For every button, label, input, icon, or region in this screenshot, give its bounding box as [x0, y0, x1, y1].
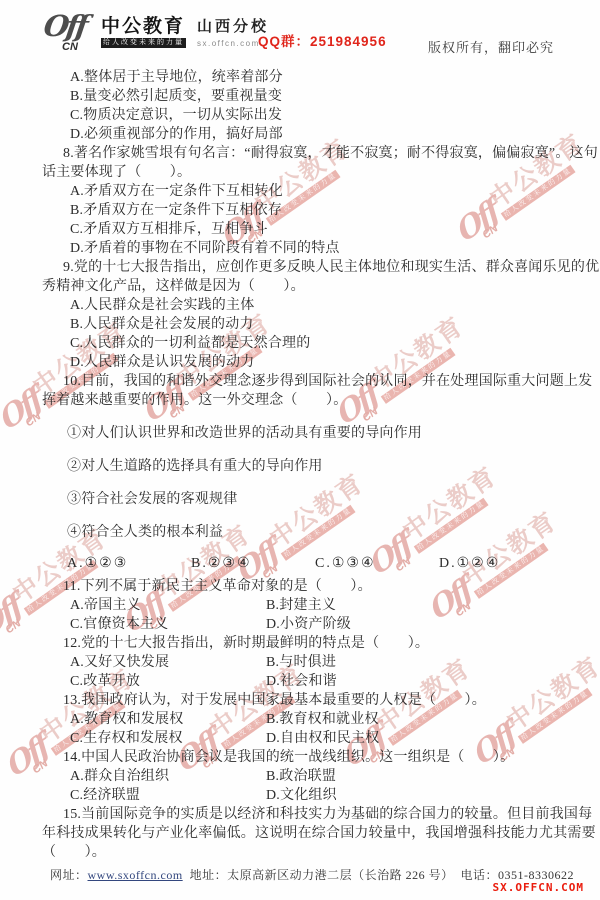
statement-item: ④符合全人类的根本利益: [42, 523, 566, 542]
offcn-logo-icon: Off CN: [46, 15, 98, 53]
answer-option: B.政治联盟: [266, 767, 336, 786]
answer-option: B.②③④: [191, 554, 315, 573]
question-text-continued: 秀精神文化产品，这样做是因为（ ）。: [42, 277, 566, 296]
answer-option: D.①②④: [439, 554, 500, 573]
question-text-continued: （ ）。: [42, 843, 566, 862]
footer-site-red: SX.OFFCN.COM: [493, 881, 584, 894]
question-text: 8.著名作家姚雪垠有句名言：“耐得寂寞，才能不寂寞；耐不得寂寞，偏偏寂寞”。这句: [42, 144, 566, 163]
answer-option: D.小资产阶级: [266, 615, 351, 634]
answer-option: D.必须重视部分的作用，搞好局部: [42, 125, 566, 144]
answer-combination-row: A.①②③B.②③④C.①③④D.①②④: [42, 554, 566, 573]
answer-option: A.矛盾双方在一定条件下互相转化: [42, 182, 566, 201]
option-row: A.帝国主义B.封建主义: [42, 596, 566, 615]
logo-cn-text: CN: [62, 41, 78, 53]
copyright-notice: 版权所有，翻印必究: [428, 37, 554, 56]
answer-option: B.封建主义: [266, 596, 336, 615]
answer-option: B.人民群众是社会发展的动力: [42, 315, 566, 334]
answer-option: A.又好又快发展: [70, 653, 266, 672]
question-text: 12.党的十七大报告指出，新时期最鲜明的特点是（ ）。: [42, 634, 566, 653]
option-row: A.群众自治组织B.政治联盟: [42, 767, 566, 786]
answer-option: D.人民群众是认识发展的动力: [42, 353, 566, 372]
option-row: A.又好又快发展B.与时俱进: [42, 653, 566, 672]
option-row: C.官僚资本主义D.小资产阶级: [42, 615, 566, 634]
brand-slogan: 给人改变未来的力量: [101, 38, 186, 48]
footer-web-label: 网址：: [50, 868, 88, 882]
answer-option: D.自由权和民主权: [266, 729, 379, 748]
answer-option: C.官僚资本主义: [70, 615, 266, 634]
answer-option: C.矛盾双方互相排斥，互相争斗: [42, 220, 566, 239]
question-text-continued: 挥着越来越重要的作用。这一外交理念（ ）。: [42, 391, 566, 410]
answer-option: D.文化组织: [266, 786, 337, 805]
answer-option: B.量变必然引起质变，要重视量变: [42, 87, 566, 106]
answer-option: A.教育权和发展权: [70, 710, 266, 729]
answer-option: C.物质决定意识，一切从实际出发: [42, 106, 566, 125]
option-row: C.改革开放D.社会和谐: [42, 672, 566, 691]
answer-option: C.①③④: [315, 554, 439, 573]
statement-item: ③符合社会发展的客观规律: [42, 490, 566, 509]
answer-option: C.经济联盟: [70, 786, 266, 805]
answer-option: B.教育权和就业权: [266, 710, 379, 729]
page-header: Off CN 中公教育 给人改变未来的力量 山西分校 sx.offcn.com …: [0, 0, 600, 62]
option-row: A.教育权和发展权B.教育权和就业权: [42, 710, 566, 729]
question-text: 13.我国政府认为，对于发展中国家最基本最重要的人权是（ ）。: [42, 691, 566, 710]
brand-name: 中公教育: [101, 17, 186, 37]
option-row: C.经济联盟D.文化组织: [42, 786, 566, 805]
answer-option: C.改革开放: [70, 672, 266, 691]
statement-item: ①对人们认识世界和改造世界的活动具有重要的导向作用: [42, 424, 566, 443]
answer-option: C.生存权和发展权: [70, 729, 266, 748]
answer-option: D.矛盾着的事物在不同阶段有着不同的特点: [42, 239, 566, 258]
logo-script-text: Off: [42, 9, 88, 43]
answer-option: A.整体居于主导地位，统率着部分: [42, 68, 566, 87]
answer-option: B.矛盾双方在一定条件下互相依存: [42, 201, 566, 220]
question-list: A.整体居于主导地位，统率着部分B.量变必然引起质变，要重视量变C.物质决定意识…: [42, 68, 566, 862]
answer-option: A.群众自治组织: [70, 767, 266, 786]
document-page: OffCN中公教育给人改变未来的力量OffCN中公教育给人改变未来的力量OffC…: [0, 0, 600, 900]
footer-address: 地址：太原高新区动力港二层（长治路 226 号）: [190, 866, 454, 883]
question-text: 14.中国人民政治协商会议是我国的统一战线组织。这一组织是（ ）。: [42, 748, 566, 767]
answer-option: C.人民群众的一切利益都是天然合理的: [42, 334, 566, 353]
answer-option: A.①②③: [67, 554, 191, 573]
answer-option: A.帝国主义: [70, 596, 266, 615]
brand-block: 中公教育 给人改变未来的力量: [101, 17, 186, 48]
question-text: 15.当前国际竞争的实质是以经济和科技实力为基础的综合国力的较量。但目前我国每: [42, 805, 566, 824]
footer-web: 网址：www.sxoffcn.com: [50, 866, 183, 883]
answer-option: B.与时俱进: [266, 653, 336, 672]
statement-item: ②对人生道路的选择具有重大的导向作用: [42, 457, 566, 476]
question-text: 11.下列不属于新民主主义革命对象的是（ ）。: [42, 577, 566, 596]
question-text: 10.目前，我国的和谐外交理念逐步得到国际社会的认同，并在处理国际重大问题上发: [42, 372, 566, 391]
website-link[interactable]: www.sxoffcn.com: [88, 868, 183, 882]
question-text-continued: 话主要体现了（ ）。: [42, 163, 566, 182]
question-text-continued: 年科技成果转化与产业化率偏低。这说明在综合国力较量中，我国增强科技能力尤其需要: [42, 824, 566, 843]
answer-option: A.人民群众是社会实践的主体: [42, 296, 566, 315]
offcn-logo: Off CN 中公教育 给人改变未来的力量 山西分校 sx.offcn.com: [46, 15, 269, 53]
qq-group-label: QQ群：251984956: [258, 30, 387, 50]
option-row: C.生存权和发展权D.自由权和民主权: [42, 729, 566, 748]
answer-option: D.社会和谐: [266, 672, 337, 691]
question-text: 9.党的十七大报告指出，应创作更多反映人民主体地位和现实生活、群众喜闻乐见的优: [42, 258, 566, 277]
